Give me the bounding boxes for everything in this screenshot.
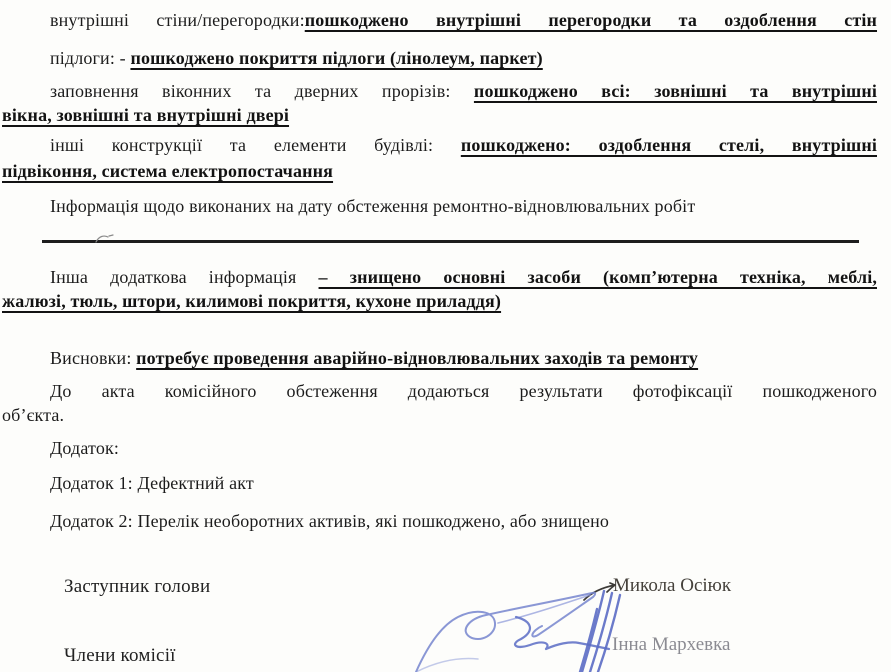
document-body: внутрішні стіни/перегородки:пошкоджено в… bbox=[0, 8, 891, 533]
doc-line: Додаток: bbox=[2, 436, 877, 460]
line-text: Інформація щодо виконаних на дату обстеж… bbox=[50, 196, 695, 216]
doc-line: підвіконня, система електропостачання bbox=[2, 159, 877, 183]
signatory-name-mykola-osiuk: Микола Осіюк bbox=[613, 575, 731, 597]
line-text: Додаток 1: Дефектний акт bbox=[50, 473, 254, 493]
line-emphasis: потребує проведення аварійно-відновлювал… bbox=[136, 348, 698, 368]
line-emphasis: пошкоджено внутрішні перегородки та оздо… bbox=[305, 10, 877, 30]
doc-line: Додаток 2: Перелік необоротних активів, … bbox=[2, 509, 877, 533]
doc-line: Інформація щодо виконаних на дату обстеж… bbox=[2, 194, 877, 218]
blank-field-rule bbox=[42, 240, 859, 243]
line-text: Додаток 2: Перелік необоротних активів, … bbox=[50, 511, 609, 531]
line-text: об’єкта. bbox=[2, 405, 64, 425]
signatory-role-deputy-head: Заступник голови bbox=[64, 576, 210, 598]
doc-line: заповнення віконних та дверних прорізів:… bbox=[2, 79, 877, 103]
line-emphasis: пошкоджено всі: зовнішні та внутрішні bbox=[474, 81, 877, 101]
line-text: заповнення віконних та дверних прорізів: bbox=[50, 81, 474, 101]
handwritten-signature bbox=[398, 577, 683, 672]
signatory-role-commission-members: Члени комісії bbox=[64, 645, 176, 667]
doc-line: об’єкта. bbox=[2, 403, 877, 427]
doc-line: вікна, зовнішні та внутрішні двері bbox=[2, 103, 877, 127]
doc-line: Висновки: потребує проведення аварійно-в… bbox=[2, 346, 877, 370]
line-text: Додаток: bbox=[50, 438, 119, 458]
line-emphasis: підвіконня, система електропостачання bbox=[2, 161, 333, 181]
doc-line: підлоги: - пошкоджено покриття підлоги (… bbox=[2, 46, 877, 70]
line-text: інші конструкції та елементи будівлі: bbox=[50, 135, 461, 155]
doc-line: Інша додаткова інформація – знищено осно… bbox=[2, 265, 877, 289]
doc-line: жалюзі, тюль, штори, килимові покриття, … bbox=[2, 289, 877, 313]
line-text: підлоги: - bbox=[50, 48, 130, 68]
line-text: Висновки: bbox=[50, 348, 136, 368]
line-text: внутрішні стіни/перегородки: bbox=[50, 10, 305, 30]
scan-smudge bbox=[94, 233, 116, 245]
doc-line: інші конструкції та елементи будівлі: по… bbox=[2, 133, 877, 157]
line-emphasis: пошкоджено покриття підлоги (лінолеум, п… bbox=[130, 48, 542, 68]
doc-line: До акта комісійного обстеження додаються… bbox=[2, 379, 877, 403]
signatory-name-inna-markhevka: Інна Мархевка bbox=[612, 634, 730, 656]
scanned-document-page: внутрішні стіни/перегородки:пошкоджено в… bbox=[0, 0, 891, 672]
line-emphasis: – знищено основні засоби (комп’ютерна те… bbox=[319, 267, 877, 287]
line-emphasis: жалюзі, тюль, штори, килимові покриття, … bbox=[2, 291, 501, 311]
doc-line: внутрішні стіни/перегородки:пошкоджено в… bbox=[2, 8, 877, 32]
pen-stroke-mark bbox=[583, 580, 631, 602]
doc-line: Додаток 1: Дефектний акт bbox=[2, 471, 877, 495]
line-emphasis: пошкоджено: оздоблення стелі, внутрішні bbox=[461, 135, 877, 155]
line-emphasis: вікна, зовнішні та внутрішні двері bbox=[2, 105, 289, 125]
line-text: До акта комісійного обстеження додаються… bbox=[50, 381, 877, 401]
line-text: Інша додаткова інформація bbox=[50, 267, 319, 287]
